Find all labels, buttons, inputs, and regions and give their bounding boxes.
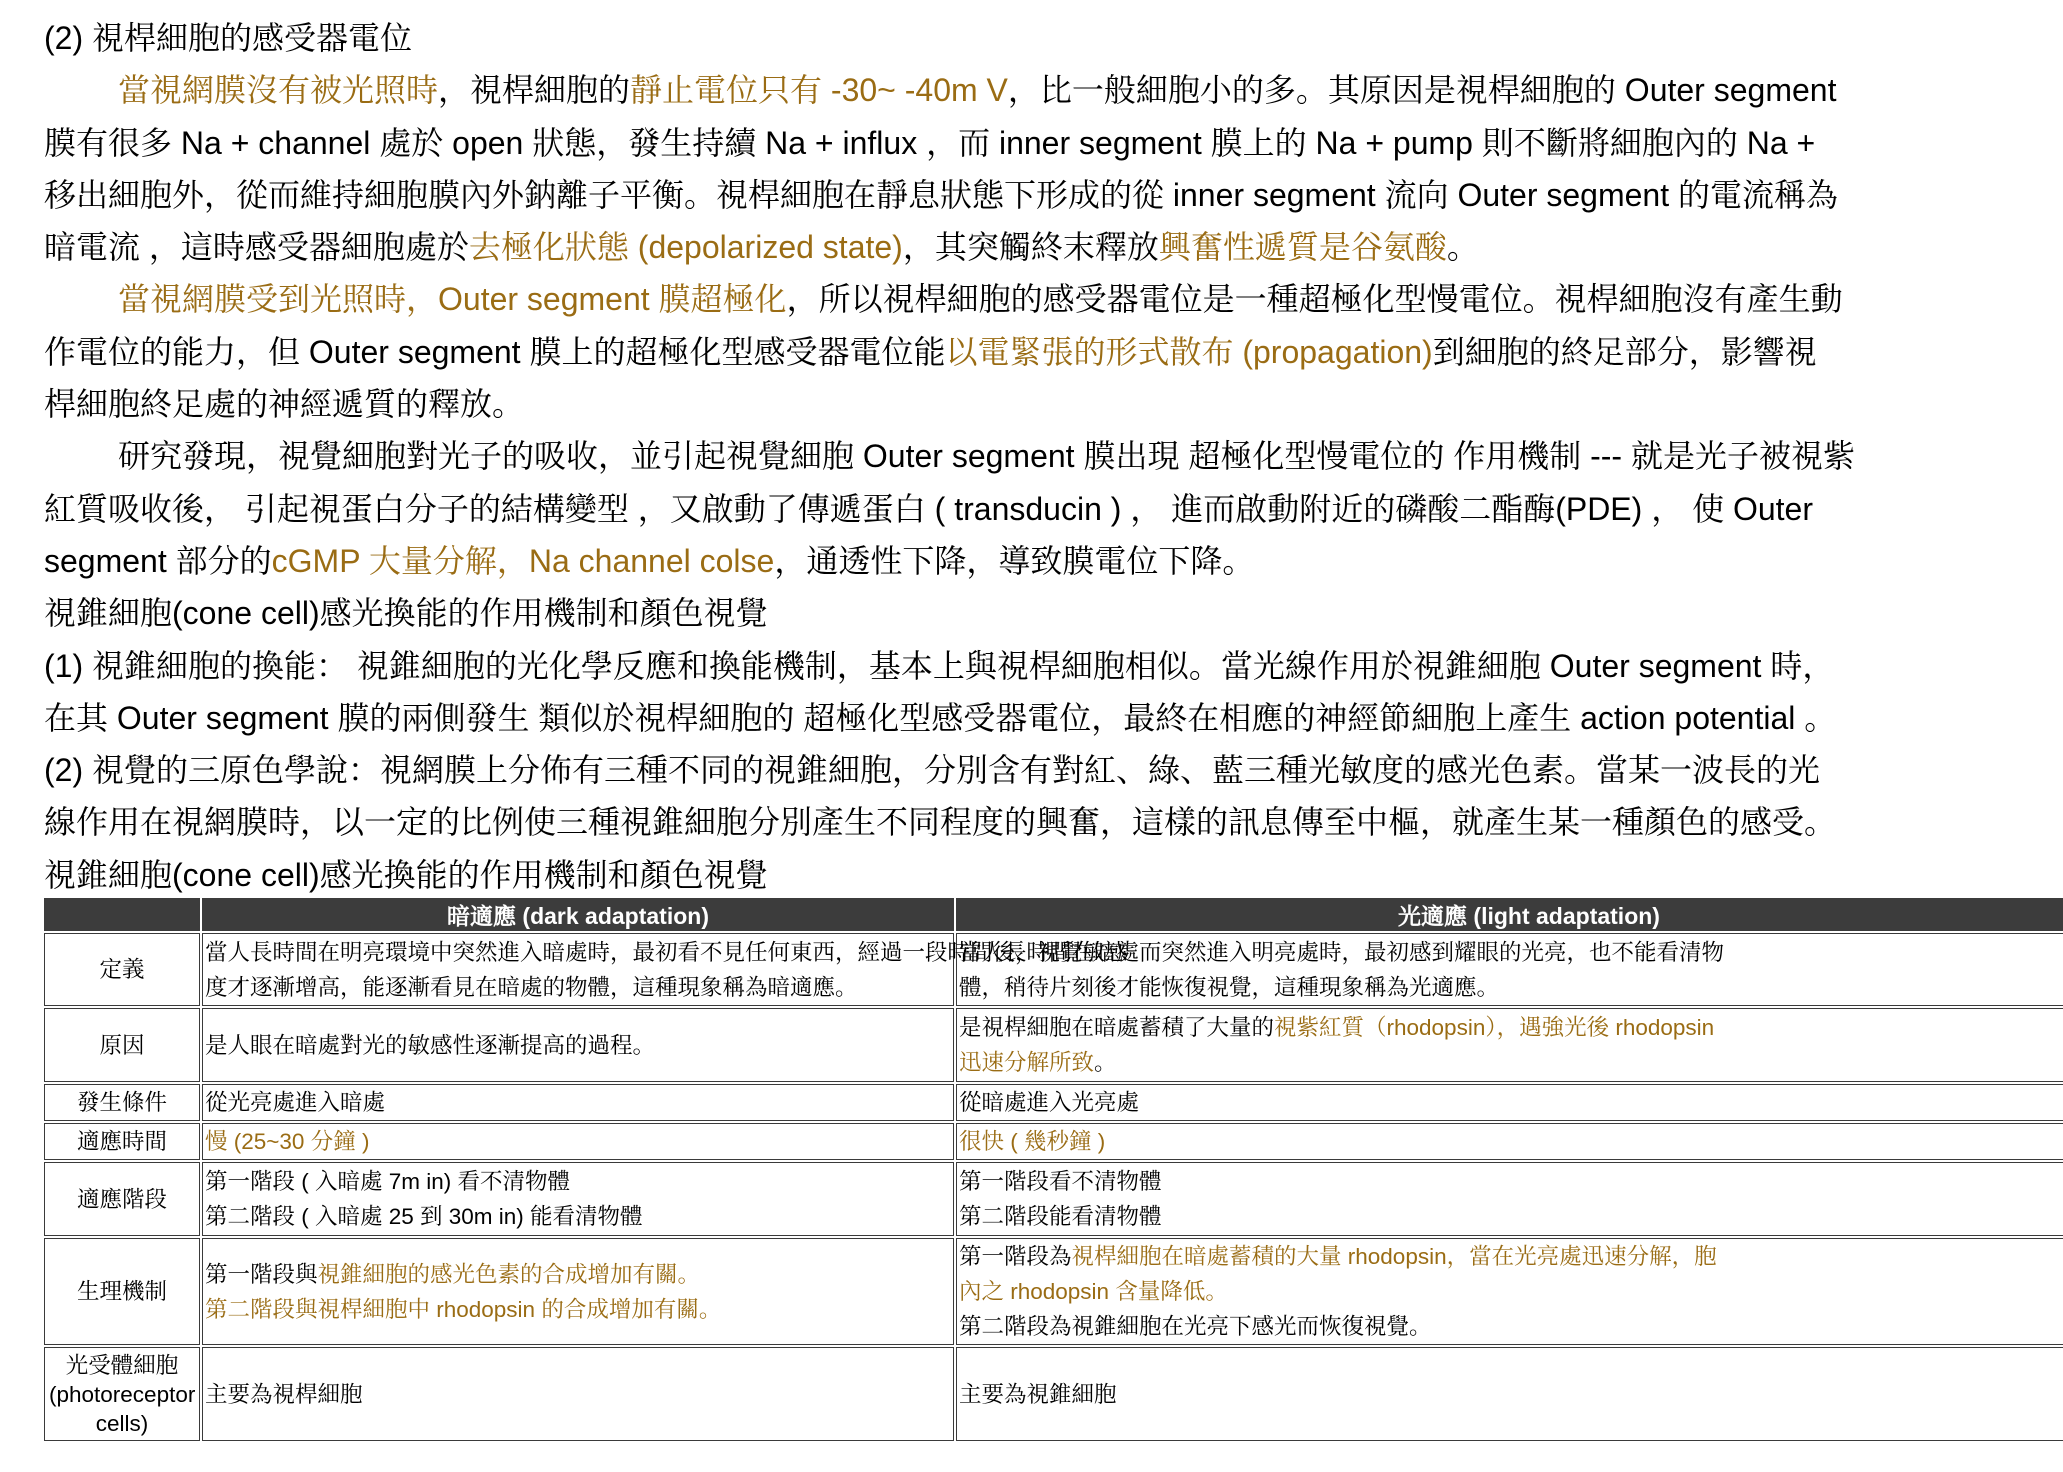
highlighted-text: 去極化狀態 (depolarized state) [469, 229, 903, 265]
light-adaptation-cell: 很快 ( 幾秒鐘 ) [956, 1123, 2063, 1160]
cell-text: 主要為視桿細胞 [205, 1382, 363, 1407]
cell-line: 從暗處進入光亮處 [959, 1085, 2063, 1120]
table-row: 光受體細胞(photoreceptorcells)主要為視桿細胞主要為視錐細胞 [44, 1347, 2063, 1441]
text-line: 視錐細胞(cone cell)感光換能的作用機制和顏色視覺 [44, 587, 2063, 639]
text-line: (2) 視覺的三原色學說：視網膜上分佈有三種不同的視錐細胞，分別含有對紅、綠、藍… [44, 744, 2063, 796]
text-line: 移出細胞外，從而維持細胞膜內外鈉離子平衡。視桿細胞在靜息狀態下形成的從 inne… [44, 169, 2063, 221]
cell-line: 主要為視錐細胞 [959, 1377, 2063, 1412]
cell-text: 是視桿細胞在暗處蓄積了大量的 [959, 1015, 1274, 1040]
dark-adaptation-cell: 第一階段與視錐細胞的感光色素的合成增加有關。第二階段與視桿細胞中 rhodops… [202, 1238, 954, 1345]
row-label: 生理機制 [44, 1238, 200, 1345]
cell-text: 第二階段為視錐細胞在光亮下感光而恢復視覺。 [959, 1314, 1432, 1339]
cell-line: 第二階段與視桿細胞中 rhodopsin 的合成增加有關。 [205, 1292, 951, 1327]
row-label: 定義 [44, 933, 200, 1006]
cell-text: 第一階段 ( 入暗處 7m in) 看不清物體 [205, 1169, 570, 1194]
cell-line: 當人長時間在暗處而突然進入明亮處時，最初感到耀眼的光亮，也不能看清物 [959, 935, 2063, 970]
light-adaptation-cell: 是視桿細胞在暗處蓄積了大量的視紫紅質（rhodopsin），遇強光後 rhodo… [956, 1008, 2063, 1082]
body-text: ，其突觸終末釋放 [903, 229, 1159, 265]
dark-adaptation-cell: 第一階段 ( 入暗處 7m in) 看不清物體第二階段 ( 入暗處 25 到 3… [202, 1162, 954, 1236]
cell-text: 從暗處進入光亮處 [959, 1090, 1139, 1115]
row-label-text: 適應階段 [49, 1182, 195, 1217]
adaptation-comparison-table: 暗適應 (dark adaptation) 光適應 (light adaptat… [42, 896, 2063, 1443]
cell-line: 內之 rhodopsin 含量降低。 [959, 1274, 2063, 1309]
text-line: 研究發現，視覺細胞對光子的吸收，並引起視覺細胞 Outer segment 膜出… [44, 430, 2063, 482]
cell-line: 迅速分解所致。 [959, 1045, 2063, 1080]
text-line: segment 部分的cGMP 大量分解，Na channel colse，通透… [44, 535, 2063, 587]
body-text: 移出細胞外，從而維持細胞膜內外鈉離子平衡。視桿細胞在靜息狀態下形成的從 inne… [44, 177, 1838, 213]
cell-text: 體，稍待片刻後才能恢復視覺，這種現象稱為光適應。 [959, 975, 1499, 1000]
cell-text: 第一階段與 [205, 1262, 318, 1287]
body-text: (1) 視錐細胞的換能： 視錐細胞的光化學反應和換能機制，基本上與視桿細胞相似。… [44, 648, 1834, 684]
light-adaptation-cell: 當人長時間在暗處而突然進入明亮處時，最初感到耀眼的光亮，也不能看清物體，稍待片刻… [956, 933, 2063, 1006]
highlighted-text: 很快 ( 幾秒鐘 ) [959, 1129, 1105, 1154]
cell-line: 第一階段為視桿細胞在暗處蓄積的大量 rhodopsin，當在光亮處迅速分解，胞 [959, 1239, 2063, 1274]
row-label: 適應階段 [44, 1162, 200, 1236]
cell-text: 度才逐漸增高，能逐漸看見在暗處的物體，這種現象稱為暗適應。 [205, 975, 858, 1000]
cell-text: 當人長時間在暗處而突然進入明亮處時，最初感到耀眼的光亮，也不能看清物 [959, 940, 1724, 965]
dark-adaptation-cell: 從光亮處進入暗處 [202, 1084, 954, 1121]
cell-line: 主要為視桿細胞 [205, 1377, 951, 1412]
body-text: 作電位的能力，但 Outer segment 膜上的超極化型感受器電位能 [44, 334, 945, 370]
light-adaptation-cell: 第一階段為視桿細胞在暗處蓄積的大量 rhodopsin，當在光亮處迅速分解，胞內… [956, 1238, 2063, 1345]
dark-adaptation-cell: 當人長時間在明亮環境中突然進入暗處時，最初看不見任何東西，經過一段時間後，視覺敏… [202, 933, 954, 1006]
highlighted-text: 慢 (25~30 分鐘 ) [205, 1129, 369, 1154]
text-line: 視錐細胞(cone cell)感光換能的作用機制和顏色視覺 [44, 849, 2063, 901]
row-label: 發生條件 [44, 1084, 200, 1121]
row-label-text: 適應時間 [49, 1124, 195, 1159]
header-light-adaptation: 光適應 (light adaptation) [956, 898, 2063, 931]
cell-line: 是人眼在暗處對光的敏感性逐漸提高的過程。 [205, 1028, 951, 1063]
table-row: 發生條件從光亮處進入暗處從暗處進入光亮處 [44, 1084, 2063, 1121]
cell-line: 慢 (25~30 分鐘 ) [205, 1124, 951, 1159]
text-line: 桿細胞終足處的神經遞質的釋放。 [44, 378, 2063, 430]
body-text: 研究發現，視覺細胞對光子的吸收，並引起視覺細胞 Outer segment 膜出… [118, 438, 1855, 474]
body-text: 線作用在視網膜時，以一定的比例使三種視錐細胞分別產生不同程度的興奮，這樣的訊息傳… [44, 804, 1836, 840]
text-line: 膜有很多 Na + channel 處於 open 狀態，發生持續 Na + i… [44, 117, 2063, 169]
cell-line: 當人長時間在明亮環境中突然進入暗處時，最初看不見任何東西，經過一段時間後，視覺敏… [205, 935, 951, 970]
cell-text: 。 [1094, 1050, 1117, 1075]
header-corner [44, 898, 200, 931]
body-text: 在其 Outer segment 膜的兩側發生 類似於視桿細胞的 超極化型感受器… [44, 700, 1836, 736]
body-text: (2) 視覺的三原色學說：視網膜上分佈有三種不同的視錐細胞，分別含有對紅、綠、藍… [44, 752, 1820, 788]
text-line: 暗電流 ，這時感受器細胞處於去極化狀態 (depolarized state)，… [44, 221, 2063, 273]
light-adaptation-cell: 主要為視錐細胞 [956, 1347, 2063, 1441]
cell-text: 第二階段能看清物體 [959, 1204, 1162, 1229]
cell-line: 體，稍待片刻後才能恢復視覺，這種現象稱為光適應。 [959, 970, 2063, 1005]
dark-adaptation-cell: 慢 (25~30 分鐘 ) [202, 1123, 954, 1160]
text-line: 當視網膜沒有被光照時，視桿細胞的靜止電位只有 -30~ -40m V，比一般細胞… [44, 64, 2063, 116]
row-label-text: 生理機制 [49, 1274, 195, 1309]
highlighted-text: 靜止電位只有 -30~ -40m V [630, 72, 1008, 108]
cell-text: 第一階段為 [959, 1244, 1072, 1269]
light-adaptation-cell: 從暗處進入光亮處 [956, 1084, 2063, 1121]
cell-text: 從光亮處進入暗處 [205, 1090, 385, 1115]
row-label-text: cells) [49, 1409, 195, 1438]
body-text: 視錐細胞(cone cell)感光換能的作用機制和顏色視覺 [44, 595, 768, 631]
cell-line: 第一階段看不清物體 [959, 1164, 2063, 1199]
cell-text: 第二階段 ( 入暗處 25 到 30m in) 能看清物體 [205, 1204, 643, 1229]
highlighted-text: 以電緊張的形式散布 (propagation) [945, 334, 1432, 370]
cell-line: 從光亮處進入暗處 [205, 1085, 951, 1120]
body-text: 。 [1447, 229, 1479, 265]
highlighted-text: 視錐細胞的感光色素的合成增加有關。 [318, 1262, 701, 1287]
cell-line: 第二階段為視錐細胞在光亮下感光而恢復視覺。 [959, 1309, 2063, 1344]
text-line: 紅質吸收後， 引起視蛋白分子的結構變型 ，又啟動了傳遞蛋白 ( transduc… [44, 483, 2063, 535]
text-line: 線作用在視網膜時，以一定的比例使三種視錐細胞分別產生不同程度的興奮，這樣的訊息傳… [44, 796, 2063, 848]
body-text: 到細胞的終足部分，影響視 [1433, 334, 1817, 370]
body-text: ，通透性下降，導致膜電位下降。 [774, 543, 1254, 579]
highlighted-text: 興奮性遞質是谷氨酸 [1159, 229, 1447, 265]
row-label-text: (photoreceptor [49, 1380, 195, 1409]
header-dark-adaptation: 暗適應 (dark adaptation) [202, 898, 954, 931]
light-adaptation-cell: 第一階段看不清物體第二階段能看清物體 [956, 1162, 2063, 1236]
body-text: 桿細胞終足處的神經遞質的釋放。 [44, 386, 524, 422]
row-label-text: 原因 [49, 1028, 195, 1063]
cell-line: 很快 ( 幾秒鐘 ) [959, 1124, 2063, 1159]
row-label-text: 定義 [49, 952, 195, 987]
body-text: 紅質吸收後， 引起視蛋白分子的結構變型 ，又啟動了傳遞蛋白 ( transduc… [44, 491, 1813, 527]
cell-text: 主要為視錐細胞 [959, 1382, 1117, 1407]
cell-text: 第一階段看不清物體 [959, 1169, 1162, 1194]
text-line: (1) 視錐細胞的換能： 視錐細胞的光化學反應和換能機制，基本上與視桿細胞相似。… [44, 640, 2063, 692]
table-row: 生理機制第一階段與視錐細胞的感光色素的合成增加有關。第二階段與視桿細胞中 rho… [44, 1238, 2063, 1345]
row-label: 適應時間 [44, 1123, 200, 1160]
row-label-text: 發生條件 [49, 1085, 195, 1120]
body-text: (2) 視桿細胞的感受器電位 [44, 20, 412, 56]
highlighted-text: 視紫紅質（rhodopsin），遇強光後 rhodopsin [1274, 1015, 1714, 1040]
highlighted-text: cGMP 大量分解，Na channel colse [272, 543, 775, 579]
text-line: 當視網膜受到光照時，Outer segment 膜超極化，所以視桿細胞的感受器電… [44, 273, 2063, 325]
cell-line: 是視桿細胞在暗處蓄積了大量的視紫紅質（rhodopsin），遇強光後 rhodo… [959, 1010, 2063, 1045]
body-text: ，所以視桿細胞的感受器電位是一種超極化型慢電位。視桿細胞沒有產生動 [787, 281, 1843, 317]
highlighted-text: 當視網膜受到光照時，Outer segment 膜超極化 [118, 281, 787, 317]
cell-line: 第一階段 ( 入暗處 7m in) 看不清物體 [205, 1164, 951, 1199]
cell-line: 第二階段 ( 入暗處 25 到 30m in) 能看清物體 [205, 1199, 951, 1234]
highlighted-text: 內之 rhodopsin 含量降低。 [959, 1279, 1228, 1304]
body-text: 暗電流 ，這時感受器細胞處於 [44, 229, 469, 265]
dark-adaptation-cell: 主要為視桿細胞 [202, 1347, 954, 1441]
document-body: (2) 視桿細胞的感受器電位當視網膜沒有被光照時，視桿細胞的靜止電位只有 -30… [44, 12, 2063, 901]
table-header-row: 暗適應 (dark adaptation) 光適應 (light adaptat… [44, 898, 2063, 931]
highlighted-text: 當視網膜沒有被光照時 [118, 72, 438, 108]
dark-adaptation-cell: 是人眼在暗處對光的敏感性逐漸提高的過程。 [202, 1008, 954, 1082]
cell-text: 是人眼在暗處對光的敏感性逐漸提高的過程。 [205, 1033, 655, 1058]
text-line: (2) 視桿細胞的感受器電位 [44, 12, 2063, 64]
row-label-text: 光受體細胞 [49, 1351, 195, 1380]
highlighted-text: 視桿細胞在暗處蓄積的大量 rhodopsin，當在光亮處迅速分解，胞 [1072, 1244, 1717, 1269]
highlighted-text: 第二階段與視桿細胞中 rhodopsin 的合成增加有關。 [205, 1297, 721, 1322]
text-line: 作電位的能力，但 Outer segment 膜上的超極化型感受器電位能以電緊張… [44, 326, 2063, 378]
table-row: 適應時間慢 (25~30 分鐘 )很快 ( 幾秒鐘 ) [44, 1123, 2063, 1160]
cell-line: 第二階段能看清物體 [959, 1199, 2063, 1234]
body-text: ，比一般細胞小的多。其原因是視桿細胞的 Outer segment [1008, 72, 1837, 108]
body-text: 膜有很多 Na + channel 處於 open 狀態，發生持續 Na + i… [44, 125, 1815, 161]
cell-line: 第一階段與視錐細胞的感光色素的合成增加有關。 [205, 1257, 951, 1292]
cell-line: 度才逐漸增高，能逐漸看見在暗處的物體，這種現象稱為暗適應。 [205, 970, 951, 1005]
row-label: 原因 [44, 1008, 200, 1082]
highlighted-text: 迅速分解所致 [959, 1050, 1094, 1075]
text-line: 在其 Outer segment 膜的兩側發生 類似於視桿細胞的 超極化型感受器… [44, 692, 2063, 744]
body-text: ，視桿細胞的 [438, 72, 630, 108]
body-text: segment 部分的 [44, 543, 272, 579]
table-row: 定義當人長時間在明亮環境中突然進入暗處時，最初看不見任何東西，經過一段時間後，視… [44, 933, 2063, 1006]
table-row: 原因是人眼在暗處對光的敏感性逐漸提高的過程。是視桿細胞在暗處蓄積了大量的視紫紅質… [44, 1008, 2063, 1082]
row-label: 光受體細胞(photoreceptorcells) [44, 1347, 200, 1441]
body-text: 視錐細胞(cone cell)感光換能的作用機制和顏色視覺 [44, 857, 768, 893]
table-row: 適應階段第一階段 ( 入暗處 7m in) 看不清物體第二階段 ( 入暗處 25… [44, 1162, 2063, 1236]
